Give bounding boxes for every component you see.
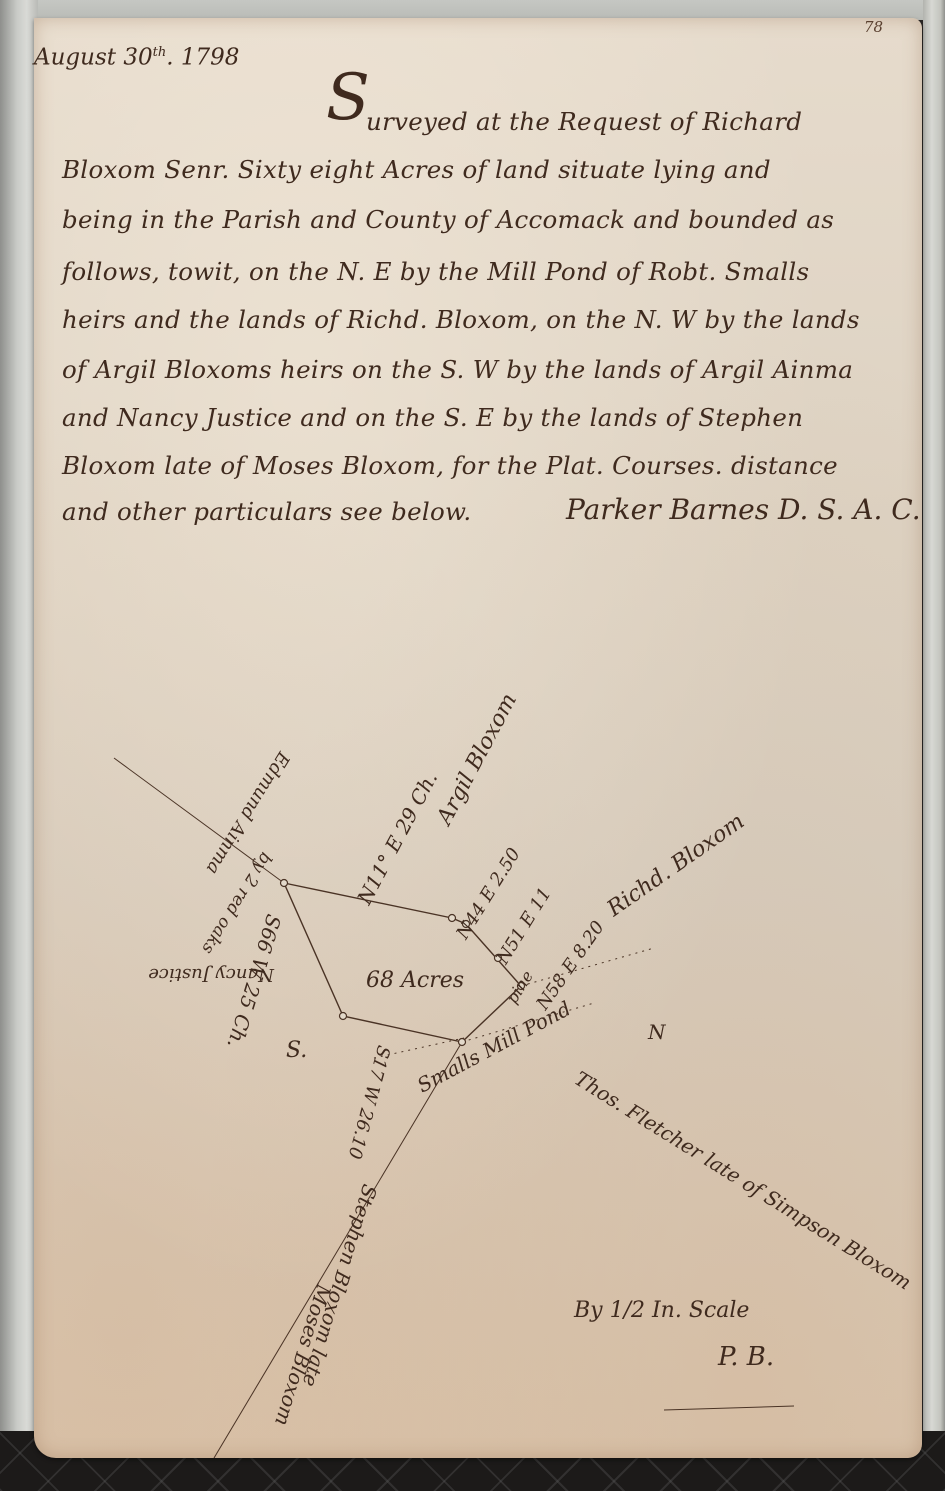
surveyor-initials: P. B.	[718, 1344, 774, 1370]
area-label: 68 Acres	[366, 970, 464, 992]
corner-marker	[459, 1039, 466, 1046]
corner-marker	[281, 880, 288, 887]
corner-marker	[340, 1013, 347, 1020]
corner-marker	[449, 915, 456, 922]
manuscript-page: 78 August 30th. 1798 S urveyed at the Re…	[34, 18, 922, 1458]
book-binding-right	[923, 0, 945, 1470]
adjoiner-nancy-justice: Nancy Justice	[148, 965, 274, 983]
scanner-top-edge	[0, 0, 945, 20]
scale-note: By 1/2 In. Scale	[574, 1300, 749, 1322]
compass-south: S.	[286, 1040, 307, 1062]
book-binding-left	[0, 0, 38, 1491]
compass-north: N	[648, 1022, 666, 1042]
